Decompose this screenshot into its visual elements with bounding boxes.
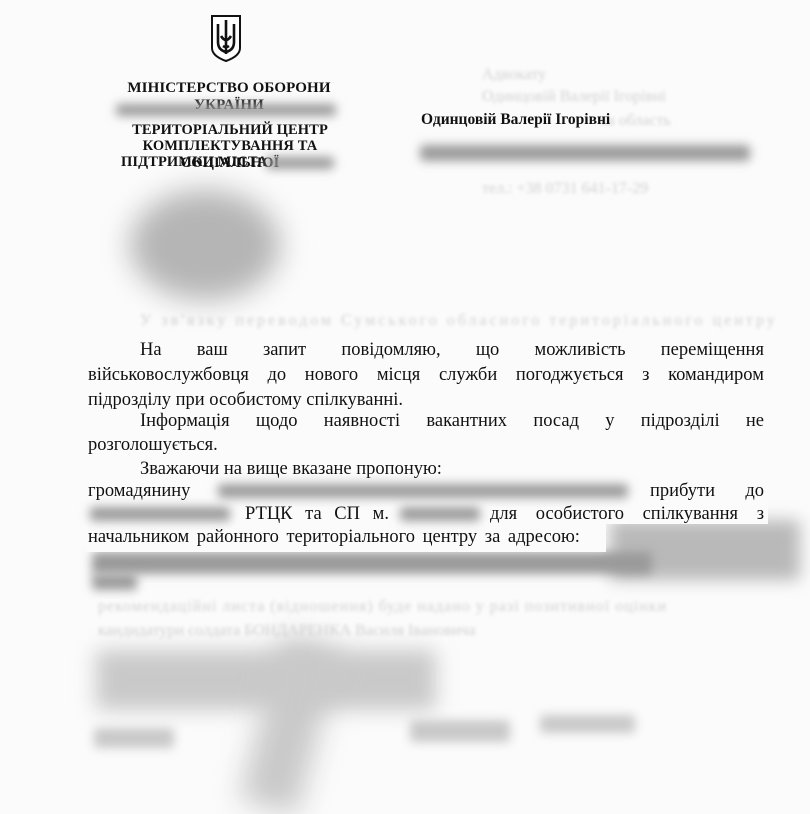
word: спілкування (643, 502, 738, 527)
word: командиром (668, 363, 764, 388)
word: для (490, 502, 517, 527)
word: місця (377, 363, 420, 388)
paragraph-line: громадянину (88, 479, 190, 504)
ghost-text: тел.: +38 0731 641-17-29 (482, 180, 648, 198)
redacted-district (90, 507, 230, 521)
word: та (305, 504, 322, 524)
redacted-stamp (130, 190, 280, 300)
word: ваш (197, 338, 228, 363)
word: м. (373, 504, 389, 524)
word: підрозділі (641, 409, 720, 434)
word: СП (334, 504, 360, 524)
paragraph-line: РТЦК та СП м. (245, 502, 389, 527)
redacted-unit-name (116, 104, 336, 116)
word: до (745, 479, 764, 504)
ghost-text: ка область (600, 112, 671, 130)
ghost-text: У зв'язку переводом Сумського обласного … (140, 312, 778, 330)
word: не (746, 409, 764, 434)
word: з (757, 502, 764, 527)
organization-city-label: ПІДТРИМКИ МІСТА (121, 154, 268, 171)
ghost-text: Адвокату (482, 66, 546, 84)
word: повідомляю, (341, 338, 440, 363)
paragraph-line: прибути до (650, 479, 764, 504)
paragraph-line: військовослужбовця до нового місця служб… (88, 363, 764, 388)
word: особистого (536, 502, 624, 527)
redacted-city (400, 507, 480, 521)
paragraph-line: начальником районного територіального це… (88, 525, 580, 550)
redacted-date (540, 715, 635, 733)
redacted-address-line (92, 552, 652, 574)
word: можливість (535, 338, 626, 363)
paragraph-line: розголошується. (88, 433, 218, 458)
redacted-citizen-name (218, 484, 628, 498)
word: запит (263, 338, 306, 363)
redacted-name (94, 728, 174, 748)
word: переміщення (661, 338, 764, 363)
word: до (267, 363, 286, 388)
redacted-address-line (92, 574, 137, 590)
word: військовослужбовця (88, 363, 249, 388)
paragraph-line: Інформація щодо наявності вакантних поса… (140, 409, 764, 434)
word: погоджується (516, 363, 624, 388)
word: РТЦК (245, 504, 293, 524)
word: вакантних (426, 409, 507, 434)
paragraph-line: На ваш запит повідомляю, що можливість п… (140, 338, 764, 363)
word: що (476, 338, 500, 363)
word: посад (533, 409, 579, 434)
redacted-addressee-address (420, 145, 750, 161)
ghost-text: рекомендаційні листа (відношення) буде н… (98, 598, 667, 616)
word: з (642, 363, 649, 388)
word: нового (305, 363, 358, 388)
paragraph-line: для особистого спілкування з (490, 502, 764, 527)
organization-name: ТЕРИТОРІАЛЬНИЙ ЦЕНТР (100, 122, 360, 139)
word: наявності (324, 409, 400, 434)
word: прибути (650, 479, 715, 504)
ghost-text: Одинцовій Валерії Ігорівні (482, 88, 666, 106)
word: щодо (256, 409, 298, 434)
trident-coat-of-arms-icon (210, 14, 242, 62)
redacted-city (266, 157, 334, 169)
word: у (605, 409, 614, 434)
word: На (140, 338, 162, 363)
redacted-name (410, 720, 510, 742)
word: Інформація (140, 409, 230, 434)
addressee-name: Одинцовій Валерії Ігорівні (421, 111, 610, 129)
word: служби (439, 363, 497, 388)
